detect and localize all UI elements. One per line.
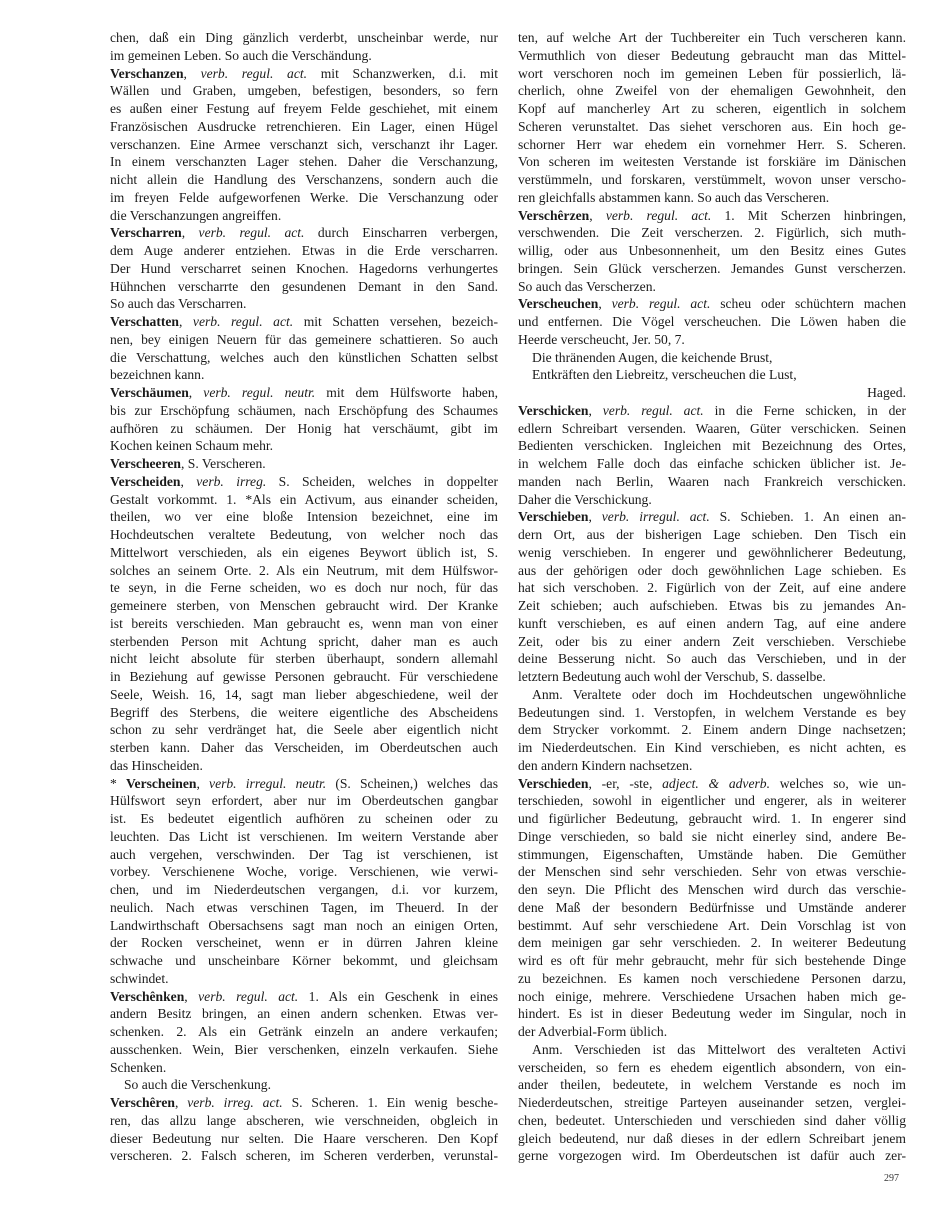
grammar-label: verb. regul. act. (199, 225, 305, 240)
line-text: mit Schanzwerken, d.i. mit (307, 66, 498, 81)
headword: Verscheuchen (518, 296, 598, 311)
line-text: te seyn, in die Ferne scheiden, wo es do… (110, 580, 498, 595)
line-text: neulich. Nach etwas verschinen Tagen, im… (110, 900, 498, 915)
text-line: Bedienten verschicken. Ingleichen mit Be… (518, 437, 906, 455)
line-text: Vermuthlich von dieser Bedeutung gebrauc… (518, 48, 906, 63)
line-text: dem Auge anderer entziehen. Etwas in die… (110, 243, 498, 258)
line-text: letztern Bedeutung auch wohl der Verschu… (518, 669, 826, 684)
text-line: im gemeinen Leben. So auch die Verschänd… (110, 47, 498, 65)
separator: , (184, 989, 198, 1004)
text-line: deine Besserung nicht. So auch das Versc… (518, 650, 906, 668)
text-line: stimmungen, Eigenschaften, Umstände habe… (518, 846, 906, 864)
line-text: Französischen Ausdrucke retrenchieren. E… (110, 119, 498, 134)
line-text: gemeinere sterben, von Menschen gebrauch… (110, 598, 498, 613)
text-line: Anm. Verschieden ist das Mittelwort des … (518, 1041, 906, 1059)
text-line: Hülfswort seyn erfordert, aber nur im Ob… (110, 792, 498, 810)
text-line: den andern Kindern nachsetzen. (518, 757, 906, 775)
line-text: zu bezeichnen. Es kamen noch verschieden… (518, 971, 906, 986)
line-text: schwache und unscheinbare Körner bekommt… (110, 953, 498, 968)
headword: Verscheeren (110, 456, 181, 471)
line-text: in die Ferne schicken, in der (704, 403, 906, 418)
text-line: der Adverbial-Form üblich. (518, 1023, 906, 1041)
text-line: leuchten. Das Licht ist verschienen. Im … (110, 828, 498, 846)
headword: Verscharren (110, 225, 182, 240)
text-line: aufhören zu schäumen. Der Honig hat vers… (110, 420, 498, 438)
line-text: ten, auf welche Art der Tuchbereiter ein… (518, 30, 906, 45)
grammar-label: verb. regul. act. (198, 989, 298, 1004)
line-text: gleich bedeutend, nur daß dieses in der … (518, 1131, 906, 1146)
line-text: theilen, wo ver eine bloße Intension bez… (110, 509, 498, 524)
line-text: Seele, Weish. 16, 14, sagt man lieber ab… (110, 687, 498, 702)
text-line: manden nach Berlin, Waaren nach Frankrei… (518, 473, 906, 491)
separator: , (588, 776, 601, 791)
text-line: wird es oft für mehr gebraucht, mehr für… (518, 952, 906, 970)
text-line: Kopf auf mancherley Art zu scheren, eige… (518, 100, 906, 118)
line-text: dem Strycker vorkommt. 2. Einem andern D… (518, 722, 906, 737)
text-line: bezeichnen kann. (110, 366, 498, 384)
line-text: Hülfswort seyn erfordert, aber nur im Ob… (110, 793, 498, 808)
separator: , (181, 456, 188, 471)
text-line: sterben kann. Daher das Verscheiden, im … (110, 739, 498, 757)
text-line: und figürlicher Bedeutung, gebraucht wir… (518, 810, 906, 828)
line-text: Anm. Veraltete oder doch im Hochdeutsche… (532, 687, 906, 702)
headword: Verschênken (110, 989, 184, 1004)
entry-headline: Verschênken, verb. regul. act. 1. Als ei… (110, 988, 498, 1006)
right-column: ten, auf welche Art der Tuchbereiter ein… (518, 29, 906, 1165)
text-line: Bedeutungen sind. 1. Verstopfen, in welc… (518, 704, 906, 722)
line-text: die Verschattung, welches auch den künst… (110, 350, 498, 365)
text-line: gleich bedeutend, nur daß dieses in der … (518, 1130, 906, 1148)
text-line: Daher die Verschickung. (518, 491, 906, 509)
text-line: bringen. Sein Glück verscherzen. Jemande… (518, 260, 906, 278)
text-line: nen, bey einigen Neuern für das gemeiner… (110, 331, 498, 349)
text-line: Vermuthlich von dieser Bedeutung gebrauc… (518, 47, 906, 65)
line-text: chen, bedeutet. Unterschieden und versch… (518, 1113, 906, 1128)
line-text: chen, und im Niederdeutschen vergangen, … (110, 882, 498, 897)
text-line: schenken. 2. Als ein Getränk einzeln an … (110, 1023, 498, 1041)
line-text: Kochen keinen Schaum mehr. (110, 438, 273, 453)
text-line: die Verschanzungen angreiffen. (110, 207, 498, 225)
line-text: bezeichnen kann. (110, 367, 204, 382)
line-text: in Beziehung auf gewisse Personen gebrau… (110, 669, 498, 684)
line-text: willig, oder aus Unbesonnenheit, um den … (518, 243, 906, 258)
line-text: nicht leicht absolute für sterben überha… (110, 651, 498, 666)
verse-line: Die thränenden Augen, die keichende Brus… (518, 349, 906, 367)
line-text: verscheiden, so fern es ehedem eigentlic… (518, 1060, 906, 1075)
entry-headline: Verschäumen, verb. regul. neutr. mit dem… (110, 384, 498, 402)
text-line: Hühnchen verscharrte den gesundenen Dema… (110, 278, 498, 296)
line-text: mit dem Hülfsworte haben, (315, 385, 498, 400)
line-text: dieser Bedeutung nur selten. Die Haare v… (110, 1131, 498, 1146)
separator: , (189, 385, 203, 400)
line-text: Von scheren im weitesten Verstande ist f… (518, 154, 906, 169)
grammar-label: verb. regul. act. (606, 208, 712, 223)
text-line: Gestalt vorkommt. 1. *Als ein Activum, a… (110, 491, 498, 509)
text-line: der Rocken verscheinet, wenn er in dürre… (110, 934, 498, 952)
entry-headline: * Verscheinen, verb. irregul. neutr. (S.… (110, 775, 498, 793)
text-line: hat sich verschoben. 2. Figürlich von de… (518, 579, 906, 597)
text-line: in welchem Falle doch das einfache schic… (518, 455, 906, 473)
line-text: ist. Es bedeutet eigentlich aufhören zu … (110, 811, 498, 826)
line-text: S. Verscheren. (188, 456, 266, 471)
entry-headline: Verscheeren, S. Verscheren. (110, 455, 498, 473)
text-line: Mittelwort verschieden, als ein eigenes … (110, 544, 498, 562)
line-text: ander theilen, bedeutete, in welchem Ver… (518, 1077, 906, 1092)
line-text: edlern Schreibart versenden. Waaren, Güt… (518, 421, 906, 436)
text-line: es außen einer Festung auf freyem Felde … (110, 100, 498, 118)
line-text: Daher die Verschickung. (518, 492, 652, 507)
line-text: Zeit schieben; auch aufschieben. Etwas b… (518, 598, 906, 613)
line-text: Wällen und Graben, umgeben, befestigen, … (110, 83, 498, 98)
line-text: leuchten. Das Licht ist verschienen. Im … (110, 829, 498, 844)
entry-headline: Verscheuchen, verb. regul. act. scheu od… (518, 295, 906, 313)
text-line: ist bereits verschieden. Man gebraucht e… (110, 615, 498, 633)
text-line: Zeit, oder bis zu einer andern Zeit vers… (518, 633, 906, 651)
entry-headline: Verschatten, verb. regul. act. mit Schat… (110, 313, 498, 331)
text-line: Zeit schieben; auch aufschieben. Etwas b… (518, 597, 906, 615)
line-text: vorbey. Verschienene Woche, vorige. Vers… (110, 864, 498, 879)
line-text: Scheren verunstaltet. Das siehet verscho… (518, 119, 906, 134)
text-line: Dinge verschieden, so bald sie nicht ein… (518, 828, 906, 846)
line-text: verschanzen. Eine Armee verschanzt sich,… (110, 137, 498, 152)
text-line: So auch die Verschenkung. (110, 1076, 498, 1094)
line-text: deine Besserung nicht. So auch das Versc… (518, 651, 906, 666)
entry-headline: Verschanzen, verb. regul. act. mit Schan… (110, 65, 498, 83)
text-line: hindert. Es ist in dieser Bedeutung wede… (518, 1005, 906, 1023)
text-line: das Hinscheiden. (110, 757, 498, 775)
grammar-label: verb. irreg. (196, 474, 266, 489)
text-line: verscheren. 2. Falsch scheren, im Schere… (110, 1147, 498, 1165)
line-text: andern Besitz bringen, an einen andern s… (110, 1006, 498, 1021)
line-text: S. Scheiden, welches in doppelter (266, 474, 498, 489)
text-line: Heerde verscheucht, Jer. 50, 7. (518, 331, 906, 349)
separator: , (598, 296, 611, 311)
obsolete-marker: * (110, 776, 126, 791)
line-text: bis zur Erschöpfung schäumen, nach Ersch… (110, 403, 498, 418)
text-line: neulich. Nach etwas verschinen Tagen, im… (110, 899, 498, 917)
text-line: Landwirthschaft Obersachsens sagt man no… (110, 917, 498, 935)
line-text: den seyn. Die Pflicht des Menschen wird … (518, 882, 906, 897)
headword: Verschieden (518, 776, 588, 791)
line-text: Landwirthschaft Obersachsens sagt man no… (110, 918, 498, 933)
line-text: S. Scheren. 1. Ein wenig besche- (283, 1095, 498, 1110)
line-text: im gemeinen Leben. So auch die Verschänd… (110, 48, 372, 63)
verse-line: Entkräften den Liebreitz, verscheuchen d… (518, 366, 906, 384)
line-text: Mittelwort verschieden, als ein eigenes … (110, 545, 498, 560)
line-text: den andern Kindern nachsetzen. (518, 758, 692, 773)
text-line: ist. Es bedeutet eigentlich aufhören zu … (110, 810, 498, 828)
headword: Verscheiden (110, 474, 180, 489)
line-text: Hühnchen verscharrte den gesundenen Dema… (110, 279, 498, 294)
line-text: schwindet. (110, 971, 169, 986)
text-line: schorner Herr war ehedem ein vornehmer H… (518, 136, 906, 154)
text-line: in Beziehung auf gewisse Personen gebrau… (110, 668, 498, 686)
text-line: zu bezeichnen. Es kamen noch verschieden… (518, 970, 906, 988)
line-text: bestimmt. Auf sehr verschiedene Art. Dei… (518, 918, 906, 933)
verse-line: Haged. (518, 384, 906, 402)
headword: Verschêrzen (518, 208, 589, 223)
text-line: terschieden, sowohl in eigentlicher und … (518, 792, 906, 810)
line-text: der Adverbial-Form üblich. (518, 1024, 667, 1039)
text-line: So auch das Verscharren. (110, 295, 498, 313)
line-text: manden nach Berlin, Waaren nach Frankrei… (518, 474, 906, 489)
line-text: schon zu sehr verdränget hat, die Seele … (110, 722, 498, 737)
text-line: In einem verschanzten Lager stehen. Dahe… (110, 153, 498, 171)
page-number: 297 (884, 1173, 899, 1184)
text-line: Kochen keinen Schaum mehr. (110, 437, 498, 455)
text-line: ren gleichfalls abstammen kann. So auch … (518, 189, 906, 207)
text-line: und entfernen. Die Vögel verscheuchen. D… (518, 313, 906, 331)
line-text: hat sich verschoben. 2. Figürlich von de… (518, 580, 906, 595)
entry-headline: Verschieden, -er, -ste, adject. & adverb… (518, 775, 906, 793)
text-line: die Verschattung, welches auch den künst… (110, 349, 498, 367)
text-line: dem meinigen gar sehr verschieden. 2. In… (518, 934, 906, 952)
line-text: Die thränenden Augen, die keichende Brus… (532, 350, 772, 365)
text-line: wenig verschieben. In engerer und gewöhn… (518, 544, 906, 562)
text-line: dern Ort, aus der bisherigen Lage schieb… (518, 526, 906, 544)
line-text: Hochdeutschen veraltete Bedeutung, von w… (110, 527, 498, 542)
text-line: Scheren verunstaltet. Das siehet verscho… (518, 118, 906, 136)
text-line: vorbey. Verschienene Woche, vorige. Vers… (110, 863, 498, 881)
line-text: hindert. Es ist in dieser Bedeutung wede… (518, 1006, 906, 1021)
line-text: So auch das Verscherzen. (518, 279, 656, 294)
text-line: Wällen und Graben, umgeben, befestigen, … (110, 82, 498, 100)
line-text: So auch das Verscharren. (110, 296, 246, 311)
text-line: Begriff des Sterbens, die weitere eigent… (110, 704, 498, 722)
headword: Verschieben (518, 509, 588, 524)
line-text: Entkräften den Liebreitz, verscheuchen d… (532, 367, 797, 382)
text-line: ausschenken. Wein, Bier verschenken, ein… (110, 1041, 498, 1059)
line-text: dem meinigen gar sehr verschieden. 2. In… (518, 935, 906, 950)
line-text: Begriff des Sterbens, die weitere eigent… (110, 705, 498, 720)
line-text: welches so, wie un- (770, 776, 906, 791)
line-text: es außen einer Festung auf freyem Felde … (110, 101, 498, 116)
text-line: willig, oder aus Unbesonnenheit, um den … (518, 242, 906, 260)
text-line: cherlich, ohne Zweifel von der ehemalige… (518, 82, 906, 100)
line-text: schenken. 2. Als ein Getränk einzeln an … (110, 1024, 498, 1039)
text-line: ren, das allzu lange abscheren, wie vers… (110, 1112, 498, 1130)
separator: , (179, 314, 193, 329)
text-line: chen, und im Niederdeutschen vergangen, … (110, 881, 498, 899)
separator: , (196, 776, 209, 791)
line-text: ist bereits verschieden. Man gebraucht e… (110, 616, 498, 631)
line-text: auch vergehen, verschwinden. Der Tag ist… (110, 847, 498, 862)
line-text: gerne vorgezogen wird. Im Oberdeutschen … (518, 1148, 906, 1163)
line-text: in welchem Falle doch das einfache schic… (518, 456, 906, 471)
headword: Verschanzen (110, 66, 184, 81)
line-text: mit Schatten versehen, bezeich- (293, 314, 498, 329)
line-text: wort verschoren noch im gemeinen Leben f… (518, 66, 906, 81)
line-text: sterben kann. Daher das Verscheiden, im … (110, 740, 498, 755)
entry-headline: Verschieben, verb. irregul. act. S. Schi… (518, 508, 906, 526)
text-line: Niederdeutschen, streitige Parteyen ause… (518, 1094, 906, 1112)
text-line: ander theilen, bedeutete, in welchem Ver… (518, 1076, 906, 1094)
text-line: kunft verschieben, es auf einen andern T… (518, 615, 906, 633)
text-line: nicht allein die Handlung des Verschanze… (110, 171, 498, 189)
line-text: im freyen Felde aufgeworfenen Werke. Die… (110, 190, 498, 205)
text-line: gemeinere sterben, von Menschen gebrauch… (110, 597, 498, 615)
line-text: dene Maß der besondern Bedürfnisse und U… (518, 900, 906, 915)
grammar-label: adject. & adverb. (662, 776, 770, 791)
line-text: bringen. Sein Glück verscherzen. Jemande… (518, 261, 906, 276)
separator: , (589, 208, 606, 223)
headword: Verschäumen (110, 385, 189, 400)
line-text: kunft verschieben, es auf einen andern T… (518, 616, 906, 631)
entry-headline: Verschêren, verb. irreg. act. S. Scheren… (110, 1094, 498, 1112)
line-text: nen, bey einigen Neuern für das gemeiner… (110, 332, 498, 347)
line-text: das Hinscheiden. (110, 758, 203, 773)
text-line: schwache und unscheinbare Körner bekommt… (110, 952, 498, 970)
text-line: schwindet. (110, 970, 498, 988)
line-text: In einem verschanzten Lager stehen. Dahe… (110, 154, 498, 169)
text-line: dem Auge anderer entziehen. Etwas in die… (110, 242, 498, 260)
headword: Verschicken (518, 403, 588, 418)
line-text: S. Schieben. 1. An einen an- (710, 509, 906, 524)
line-text: die Verschanzungen angreiffen. (110, 208, 281, 223)
text-line: chen, daß ein Ding gänzlich verderbt, un… (110, 29, 498, 47)
line-text: aufhören zu schäumen. Der Honig hat vers… (110, 421, 498, 436)
text-line: Von scheren im weitesten Verstande ist f… (518, 153, 906, 171)
grammar-label: verb. regul. neutr. (203, 385, 315, 400)
line-text: Bedienten verschicken. Ingleichen mit Be… (518, 438, 906, 453)
separator: , (588, 509, 601, 524)
text-line: den seyn. Die Pflicht des Menschen wird … (518, 881, 906, 899)
grammar-label: verb. irregul. neutr. (209, 776, 326, 791)
line-text: verschwenden. Die Zeit verscherzen. 2. F… (518, 225, 906, 240)
line-text: Heerde verscheucht, Jer. 50, 7. (518, 332, 685, 347)
text-line: Hochdeutschen veraltete Bedeutung, von w… (110, 526, 498, 544)
line-text: wird es oft für mehr gebraucht, mehr für… (518, 953, 906, 968)
text-line: verscheiden, so fern es ehedem eigentlic… (518, 1059, 906, 1077)
line-text: wenig verschieben. In engerer und gewöhn… (518, 545, 906, 560)
grammar-label: verb. regul. act. (193, 314, 293, 329)
line-text: 1. Mit Scherzen hinbringen, (711, 208, 906, 223)
text-line: gerne vorgezogen wird. Im Oberdeutschen … (518, 1147, 906, 1165)
text-line: edlern Schreibart versenden. Waaren, Güt… (518, 420, 906, 438)
text-line: Der Hund verscharret seinen Knochen. Hag… (110, 260, 498, 278)
line-text: dern Ort, aus der bisherigen Lage schieb… (518, 527, 906, 542)
line-text: Kopf auf mancherley Art zu scheren, eige… (518, 101, 906, 116)
separator: , (180, 474, 196, 489)
text-line: ten, auf welche Art der Tuchbereiter ein… (518, 29, 906, 47)
text-line: schon zu sehr verdränget hat, die Seele … (110, 721, 498, 739)
text-line: verschanzen. Eine Armee verschanzt sich,… (110, 136, 498, 154)
line-text: Niederdeutschen, streitige Parteyen ause… (518, 1095, 906, 1110)
text-line: im Niederdeutschen. Ein Kind verschieben… (518, 739, 906, 757)
grammar-label: verb. regul. act. (201, 66, 307, 81)
line-text: Zeit, oder bis zu einer andern Zeit vers… (518, 634, 906, 649)
line-text: So auch die Verschenkung. (124, 1077, 271, 1092)
text-line: bis zur Erschöpfung schäumen, nach Ersch… (110, 402, 498, 420)
line-text: stimmungen, Eigenschaften, Umstände habe… (518, 847, 906, 862)
line-text: scheu oder schüchtern machen (710, 296, 906, 311)
text-line: der Menschen sind sehr verschieden. Sehr… (518, 863, 906, 881)
grammar-label: verb. irreg. act. (187, 1095, 282, 1110)
text-line: aus der gehörigen oder doch gewöhnlichen… (518, 562, 906, 580)
headword: Verscheinen (126, 776, 196, 791)
entry-headline: Verschêrzen, verb. regul. act. 1. Mit Sc… (518, 207, 906, 225)
text-line: wort verschoren noch im gemeinen Leben f… (518, 65, 906, 83)
line-text: ren gleichfalls abstammen kann. So auch … (518, 190, 829, 205)
line-text: chen, daß ein Ding gänzlich verderbt, un… (110, 30, 498, 45)
line-text: Der Hund verscharret seinen Knochen. Hag… (110, 261, 498, 276)
line-text: und figürlicher Bedeutung, gebraucht wir… (518, 811, 906, 826)
text-line: Anm. Veraltete oder doch im Hochdeutsche… (518, 686, 906, 704)
grammar-label: verb. regul. act. (603, 403, 704, 418)
text-line: sterbenden Person mit Achtung spricht, d… (110, 633, 498, 651)
text-line: verstümmeln, und forskaren, verstümmelt,… (518, 171, 906, 189)
text-line: andern Besitz bringen, an einen andern s… (110, 1005, 498, 1023)
grammar-label: verb. irregul. act. (602, 509, 710, 524)
inflection: -er, -ste, (602, 776, 662, 791)
text-line: theilen, wo ver eine bloße Intension bez… (110, 508, 498, 526)
entry-headline: Verschicken, verb. regul. act. in die Fe… (518, 402, 906, 420)
line-text: Anm. Verschieden ist das Mittelwort des … (532, 1042, 906, 1057)
line-text: Dinge verschieden, so bald sie nicht ein… (518, 829, 906, 844)
entry-headline: Verscharren, verb. regul. act. durch Ein… (110, 224, 498, 242)
line-text: ren, das allzu lange abscheren, wie vers… (110, 1113, 498, 1128)
text-line: solches an seinem Orte. 2. Als ein Neutr… (110, 562, 498, 580)
line-text: Haged. (867, 385, 906, 400)
headword: Verschatten (110, 314, 179, 329)
text-line: te seyn, in die Ferne scheiden, wo es do… (110, 579, 498, 597)
line-text: und entfernen. Die Vögel verscheuchen. D… (518, 314, 906, 329)
text-line: noch einige, mehrere. Verschiedene Ursac… (518, 988, 906, 1006)
line-text: Bedeutungen sind. 1. Verstopfen, in welc… (518, 705, 906, 720)
line-text: aus der gehörigen oder doch gewöhnlichen… (518, 563, 906, 578)
text-line: letztern Bedeutung auch wohl der Verschu… (518, 668, 906, 686)
line-text: Gestalt vorkommt. 1. *Als ein Activum, a… (110, 492, 498, 507)
separator: , (588, 403, 602, 418)
text-line: So auch das Verscherzen. (518, 278, 906, 296)
line-text: verstümmeln, und forskaren, verstümmelt,… (518, 172, 906, 187)
text-line: bestimmt. Auf sehr verschiedene Art. Dei… (518, 917, 906, 935)
text-line: verschwenden. Die Zeit verscherzen. 2. F… (518, 224, 906, 242)
line-text: (S. Scheinen,) welches das (326, 776, 498, 791)
line-text: solches an seinem Orte. 2. Als ein Neutr… (110, 563, 498, 578)
text-line: Schenken. (110, 1059, 498, 1077)
line-text: terschieden, sowohl in eigentlicher und … (518, 793, 906, 808)
line-text: nicht allein die Handlung des Verschanze… (110, 172, 498, 187)
grammar-label: verb. regul. act. (612, 296, 711, 311)
separator: , (184, 66, 201, 81)
text-line: Französischen Ausdrucke retrenchieren. E… (110, 118, 498, 136)
line-text: im Niederdeutschen. Ein Kind verschieben… (518, 740, 906, 755)
text-line: auch vergehen, verschwinden. Der Tag ist… (110, 846, 498, 864)
line-text: cherlich, ohne Zweifel von der ehemalige… (518, 83, 906, 98)
line-text: 1. Als ein Geschenk in eines (298, 989, 498, 1004)
text-line: im freyen Felde aufgeworfenen Werke. Die… (110, 189, 498, 207)
line-text: schorner Herr war ehedem ein vornehmer H… (518, 137, 906, 152)
line-text: verscheren. 2. Falsch scheren, im Schere… (110, 1148, 498, 1163)
text-line: nicht leicht absolute für sterben überha… (110, 650, 498, 668)
separator: , (175, 1095, 187, 1110)
line-text: ausschenken. Wein, Bier verschenken, ein… (110, 1042, 498, 1057)
text-line: dem Strycker vorkommt. 2. Einem andern D… (518, 721, 906, 739)
text-line: dene Maß der besondern Bedürfnisse und U… (518, 899, 906, 917)
line-text: Schenken. (110, 1060, 166, 1075)
line-text: durch Einscharren verbergen, (304, 225, 498, 240)
text-line: chen, bedeutet. Unterschieden und versch… (518, 1112, 906, 1130)
line-text: noch einige, mehrere. Verschiedene Ursac… (518, 989, 906, 1004)
separator: , (182, 225, 199, 240)
line-text: der Menschen sind sehr verschieden. Sehr… (518, 864, 906, 879)
line-text: der Rocken verscheinet, wenn er in dürre… (110, 935, 498, 950)
line-text: sterbenden Person mit Achtung spricht, d… (110, 634, 498, 649)
text-line: dieser Bedeutung nur selten. Die Haare v… (110, 1130, 498, 1148)
left-column: chen, daß ein Ding gänzlich verderbt, un… (110, 29, 498, 1165)
entry-headline: Verscheiden, verb. irreg. S. Scheiden, w… (110, 473, 498, 491)
